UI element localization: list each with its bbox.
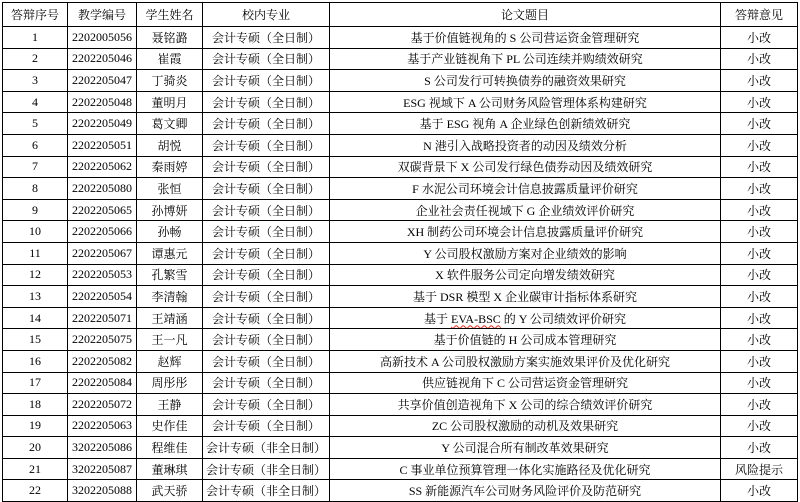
cell-thesis-title: Y 公司混合所有制改革效果研究 xyxy=(330,437,721,459)
cell-campus-major: 会计专硕（全日制） xyxy=(203,372,330,394)
cell-student-name: 程维佳 xyxy=(137,437,203,459)
cell-student-name: 聂铭潞 xyxy=(137,27,203,49)
cell-student-name: 葛文卿 xyxy=(137,113,203,135)
spellcheck-underlined-term: EVA-BSC xyxy=(451,312,501,326)
cell-teaching-id: 2202205067 xyxy=(68,242,137,264)
cell-student-name: 董明月 xyxy=(137,91,203,113)
cell-campus-major: 会计专硕（全日制） xyxy=(203,178,330,200)
cell-campus-major: 会计专硕（全日制） xyxy=(203,48,330,70)
cell-campus-major: 会计专硕（全日制） xyxy=(203,394,330,416)
cell-defense-seq: 6 xyxy=(3,134,68,156)
table-row: 213202205087董琳琪会计专硕（非全日制）C 事业单位预算管理一体化实施… xyxy=(3,458,798,480)
cell-defense-seq: 21 xyxy=(3,458,68,480)
cell-defense-seq: 22 xyxy=(3,480,68,502)
cell-defense-seq: 13 xyxy=(3,286,68,308)
column-header-seq: 答辩序号 xyxy=(3,3,68,27)
cell-campus-major: 会计专硕（全日制） xyxy=(203,199,330,221)
cell-student-name: 王一凡 xyxy=(137,329,203,351)
cell-thesis-title: S 公司发行可转换债券的融资效果研究 xyxy=(330,70,721,92)
cell-thesis-title: X 软件服务公司定向增发绩效研究 xyxy=(330,264,721,286)
cell-thesis-title: 企业社会责任视域下 G 企业绩效评价研究 xyxy=(330,199,721,221)
cell-teaching-id: 2202205048 xyxy=(68,91,137,113)
table-row: 52202205049葛文卿会计专硕（全日制）基于 ESG 视角 A 企业绿色创… xyxy=(3,113,798,135)
cell-student-name: 孙畅 xyxy=(137,221,203,243)
cell-defense-seq: 18 xyxy=(3,394,68,416)
cell-teaching-id: 2202205072 xyxy=(68,394,137,416)
table-row: 112202205067谭惠元会计专硕（全日制）Y 公司股权激励方案对企业绩效的… xyxy=(3,242,798,264)
table-row: 92202205065孙博妍会计专硕（全日制）企业社会责任视域下 G 企业绩效评… xyxy=(3,199,798,221)
cell-defense-opinion: 小改 xyxy=(721,221,798,243)
table-row: 142202205071王靖涵会计专硕（全日制）基于 EVA-BSC 的 Y 公… xyxy=(3,307,798,329)
cell-defense-opinion: 小改 xyxy=(721,27,798,49)
table-row: 132202205054李清翰会计专硕（全日制）基于 DSR 模型 X 企业碳审… xyxy=(3,286,798,308)
cell-student-name: 史作佳 xyxy=(137,415,203,437)
cell-defense-seq: 15 xyxy=(3,329,68,351)
cell-thesis-title: 双碳背景下 X 公司发行绿色债券动因及绩效研究 xyxy=(330,156,721,178)
table-row: 42202205048董明月会计专硕（全日制）ESG 视域下 A 公司财务风险管… xyxy=(3,91,798,113)
cell-student-name: 谭惠元 xyxy=(137,242,203,264)
cell-teaching-id: 2202205062 xyxy=(68,156,137,178)
cell-campus-major: 会计专硕（非全日制） xyxy=(203,437,330,459)
cell-student-name: 孙博妍 xyxy=(137,199,203,221)
table-row: 223202205088武天骄会计专硕（非全日制）SS 新能源汽车公司财务风险评… xyxy=(3,480,798,502)
cell-defense-opinion: 小改 xyxy=(721,307,798,329)
cell-student-name: 崔霞 xyxy=(137,48,203,70)
cell-campus-major: 会计专硕（非全日制） xyxy=(203,480,330,502)
column-header-title: 论文题目 xyxy=(330,3,721,27)
cell-student-name: 丁骑炎 xyxy=(137,70,203,92)
cell-campus-major: 会计专硕（全日制） xyxy=(203,221,330,243)
cell-campus-major: 会计专硕（全日制） xyxy=(203,113,330,135)
table-row: 62202205051胡悦会计专硕（全日制）N 港引入战略投资者的动因及绩效分析… xyxy=(3,134,798,156)
cell-defense-opinion: 小改 xyxy=(721,91,798,113)
cell-thesis-title: 基于价值链的 H 公司成本管理研究 xyxy=(330,329,721,351)
cell-thesis-title: XH 制药公司环境会计信息披露质量评价研究 xyxy=(330,221,721,243)
cell-campus-major: 会计专硕（全日制） xyxy=(203,329,330,351)
cell-defense-seq: 5 xyxy=(3,113,68,135)
cell-campus-major: 会计专硕（非全日制） xyxy=(203,458,330,480)
column-header-major: 校内专业 xyxy=(203,3,330,27)
cell-thesis-title: 基于 DSR 模型 X 企业碳审计指标体系研究 xyxy=(330,286,721,308)
cell-defense-opinion: 小改 xyxy=(721,134,798,156)
table-row: 152202205075王一凡会计专硕（全日制）基于价值链的 H 公司成本管理研… xyxy=(3,329,798,351)
cell-student-name: 王靖涵 xyxy=(137,307,203,329)
defense-schedule-table: 答辩序号教学编号学生姓名校内专业论文题目答辩意见 12202005056聂铭潞会… xyxy=(2,2,798,502)
cell-campus-major: 会计专硕（全日制） xyxy=(203,350,330,372)
table-body: 12202005056聂铭潞会计专硕（全日制）基于价值链视角的 S 公司营运资金… xyxy=(3,27,798,502)
table-row: 192202205063史作佳会计专硕（全日制）ZC 公司股权激励的动机及效果研… xyxy=(3,415,798,437)
cell-defense-seq: 11 xyxy=(3,242,68,264)
cell-teaching-id: 2202205047 xyxy=(68,70,137,92)
cell-campus-major: 会计专硕（全日制） xyxy=(203,307,330,329)
cell-student-name: 董琳琪 xyxy=(137,458,203,480)
table-row: 172202205084周彤彤会计专硕（全日制）供应链视角下 C 公司营运资金管… xyxy=(3,372,798,394)
cell-thesis-title: F 水泥公司环境会计信息披露质量评价研究 xyxy=(330,178,721,200)
cell-defense-opinion: 小改 xyxy=(721,372,798,394)
table-row: 32202205047丁骑炎会计专硕（全日制）S 公司发行可转换债券的融资效果研… xyxy=(3,70,798,92)
cell-thesis-title: ZC 公司股权激励的动机及效果研究 xyxy=(330,415,721,437)
table-row: 82202205080张恒会计专硕（全日制）F 水泥公司环境会计信息披露质量评价… xyxy=(3,178,798,200)
cell-student-name: 张恒 xyxy=(137,178,203,200)
cell-defense-opinion: 小改 xyxy=(721,286,798,308)
cell-campus-major: 会计专硕（全日制） xyxy=(203,91,330,113)
header-row: 答辩序号教学编号学生姓名校内专业论文题目答辩意见 xyxy=(3,3,798,27)
cell-campus-major: 会计专硕（全日制） xyxy=(203,70,330,92)
cell-defense-opinion: 小改 xyxy=(721,437,798,459)
cell-defense-seq: 10 xyxy=(3,221,68,243)
cell-thesis-title: 基于产业链视角下 PL 公司连续并购绩效研究 xyxy=(330,48,721,70)
cell-campus-major: 会计专硕（全日制） xyxy=(203,415,330,437)
cell-student-name: 胡悦 xyxy=(137,134,203,156)
cell-defense-seq: 20 xyxy=(3,437,68,459)
cell-defense-opinion: 小改 xyxy=(721,480,798,502)
table-header: 答辩序号教学编号学生姓名校内专业论文题目答辩意见 xyxy=(3,3,798,27)
cell-thesis-title: 共享价值创造视角下 X 公司的综合绩效评价研究 xyxy=(330,394,721,416)
cell-thesis-title: 高新技术 A 公司股权激励方案实施效果评价及优化研究 xyxy=(330,350,721,372)
table-row: 12202005056聂铭潞会计专硕（全日制）基于价值链视角的 S 公司营运资金… xyxy=(3,27,798,49)
cell-teaching-id: 2202205071 xyxy=(68,307,137,329)
cell-defense-opinion: 小改 xyxy=(721,113,798,135)
cell-teaching-id: 2202205084 xyxy=(68,372,137,394)
cell-defense-seq: 19 xyxy=(3,415,68,437)
cell-defense-seq: 3 xyxy=(3,70,68,92)
cell-defense-opinion: 小改 xyxy=(721,415,798,437)
cell-thesis-title: 基于价值链视角的 S 公司营运资金管理研究 xyxy=(330,27,721,49)
cell-teaching-id: 2202005056 xyxy=(68,27,137,49)
defense-schedule-page: 答辩序号教学编号学生姓名校内专业论文题目答辩意见 12202005056聂铭潞会… xyxy=(0,0,800,502)
cell-campus-major: 会计专硕（全日制） xyxy=(203,242,330,264)
cell-defense-seq: 1 xyxy=(3,27,68,49)
cell-teaching-id: 2202205080 xyxy=(68,178,137,200)
cell-defense-seq: 16 xyxy=(3,350,68,372)
cell-teaching-id: 2202205049 xyxy=(68,113,137,135)
cell-teaching-id: 2202205054 xyxy=(68,286,137,308)
table-row: 203202205086程维佳会计专硕（非全日制）Y 公司混合所有制改革效果研究… xyxy=(3,437,798,459)
cell-thesis-title: 基于 ESG 视角 A 企业绿色创新绩效研究 xyxy=(330,113,721,135)
cell-thesis-title: SS 新能源汽车公司财务风险评价及防范研究 xyxy=(330,480,721,502)
cell-teaching-id: 2202205053 xyxy=(68,264,137,286)
cell-defense-opinion: 小改 xyxy=(721,178,798,200)
cell-teaching-id: 2202205063 xyxy=(68,415,137,437)
cell-thesis-title: N 港引入战略投资者的动因及绩效分析 xyxy=(330,134,721,156)
cell-defense-seq: 4 xyxy=(3,91,68,113)
cell-student-name: 赵辉 xyxy=(137,350,203,372)
cell-defense-seq: 12 xyxy=(3,264,68,286)
column-header-opinion: 答辩意见 xyxy=(721,3,798,27)
cell-student-name: 孔繁雪 xyxy=(137,264,203,286)
cell-thesis-title: Y 公司股权激励方案对企业绩效的影响 xyxy=(330,242,721,264)
cell-defense-seq: 2 xyxy=(3,48,68,70)
cell-campus-major: 会计专硕（全日制） xyxy=(203,286,330,308)
cell-student-name: 李清翰 xyxy=(137,286,203,308)
cell-defense-opinion: 小改 xyxy=(721,350,798,372)
cell-student-name: 王静 xyxy=(137,394,203,416)
cell-defense-seq: 14 xyxy=(3,307,68,329)
cell-teaching-id: 3202205086 xyxy=(68,437,137,459)
cell-thesis-title: 基于 EVA-BSC 的 Y 公司绩效评价研究 xyxy=(330,307,721,329)
cell-teaching-id: 2202205075 xyxy=(68,329,137,351)
cell-teaching-id: 2202205082 xyxy=(68,350,137,372)
cell-thesis-title: C 事业单位预算管理一体化实施路径及优化研究 xyxy=(330,458,721,480)
cell-defense-seq: 17 xyxy=(3,372,68,394)
cell-teaching-id: 3202205088 xyxy=(68,480,137,502)
cell-student-name: 武天骄 xyxy=(137,480,203,502)
cell-defense-opinion: 小改 xyxy=(721,70,798,92)
table-row: 72202205062秦雨婷会计专硕（全日制）双碳背景下 X 公司发行绿色债券动… xyxy=(3,156,798,178)
cell-defense-seq: 7 xyxy=(3,156,68,178)
column-header-name: 学生姓名 xyxy=(137,3,203,27)
cell-defense-opinion: 小改 xyxy=(721,394,798,416)
table-row: 122202205053孔繁雪会计专硕（全日制）X 软件服务公司定向增发绩效研究… xyxy=(3,264,798,286)
cell-teaching-id: 2202205066 xyxy=(68,221,137,243)
table-row: 102202205066孙畅会计专硕（全日制）XH 制药公司环境会计信息披露质量… xyxy=(3,221,798,243)
cell-defense-opinion: 小改 xyxy=(721,242,798,264)
table-row: 162202205082赵辉会计专硕（全日制）高新技术 A 公司股权激励方案实施… xyxy=(3,350,798,372)
table-row: 182202205072王静会计专硕（全日制）共享价值创造视角下 X 公司的综合… xyxy=(3,394,798,416)
cell-defense-seq: 8 xyxy=(3,178,68,200)
cell-teaching-id: 2202205065 xyxy=(68,199,137,221)
cell-teaching-id: 3202205087 xyxy=(68,458,137,480)
cell-defense-opinion: 小改 xyxy=(721,199,798,221)
cell-campus-major: 会计专硕（全日制） xyxy=(203,156,330,178)
cell-defense-opinion: 小改 xyxy=(721,329,798,351)
cell-defense-opinion: 小改 xyxy=(721,48,798,70)
cell-teaching-id: 2202205046 xyxy=(68,48,137,70)
cell-student-name: 周彤彤 xyxy=(137,372,203,394)
cell-campus-major: 会计专硕（全日制） xyxy=(203,264,330,286)
cell-defense-opinion: 风险提示 xyxy=(721,458,798,480)
table-row: 22202205046崔霞会计专硕（全日制）基于产业链视角下 PL 公司连续并购… xyxy=(3,48,798,70)
cell-defense-opinion: 小改 xyxy=(721,156,798,178)
cell-teaching-id: 2202205051 xyxy=(68,134,137,156)
cell-campus-major: 会计专硕（全日制） xyxy=(203,27,330,49)
cell-defense-opinion: 小改 xyxy=(721,264,798,286)
cell-defense-seq: 9 xyxy=(3,199,68,221)
cell-campus-major: 会计专硕（全日制） xyxy=(203,134,330,156)
cell-student-name: 秦雨婷 xyxy=(137,156,203,178)
column-header-id: 教学编号 xyxy=(68,3,137,27)
cell-thesis-title: ESG 视域下 A 公司财务风险管理体系构建研究 xyxy=(330,91,721,113)
cell-thesis-title: 供应链视角下 C 公司营运资金管理研究 xyxy=(330,372,721,394)
